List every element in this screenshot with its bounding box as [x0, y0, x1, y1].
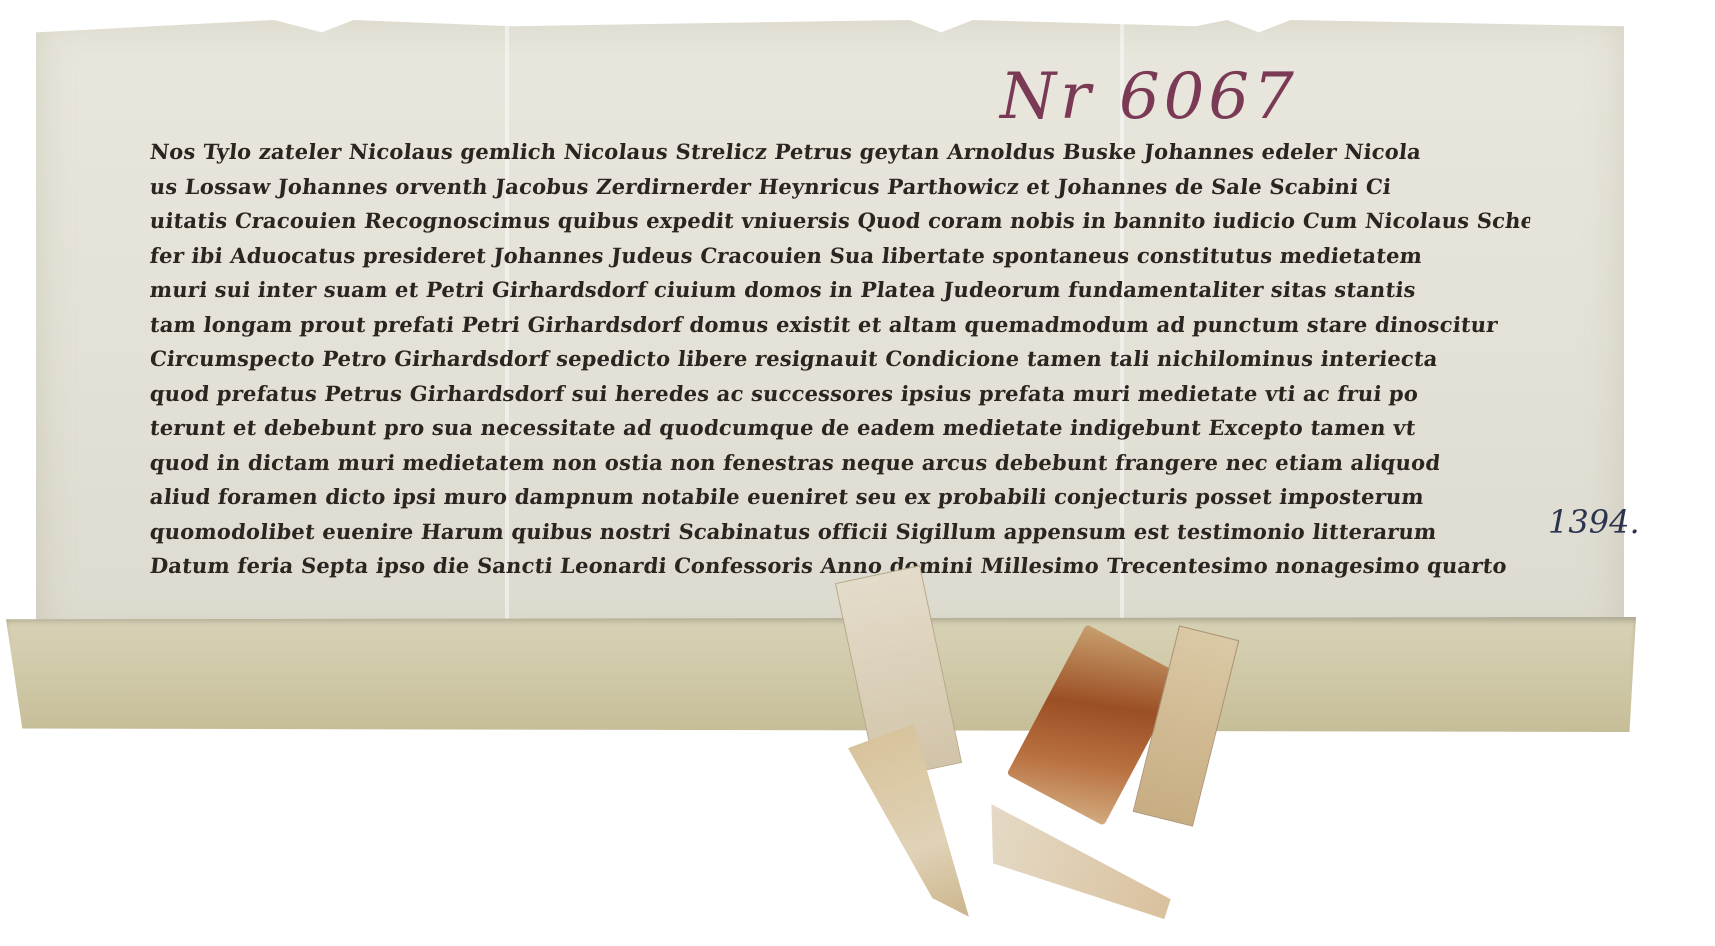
text-line: Datum feria Septa ipso die Sancti Leonar… — [148, 549, 1532, 584]
text-line: uitatis Cracouien Recognoscimus quibus e… — [148, 204, 1532, 239]
text-line: tam longam prout prefati Petri Girhardsd… — [148, 308, 1532, 343]
text-line: fer ibi Aduocatus presideret Johannes Ju… — [148, 239, 1532, 274]
text-line: Circumspecto Petro Girhardsdorf sepedict… — [148, 342, 1532, 377]
plica-fold — [6, 617, 1636, 732]
margin-date-note: 1394. — [1548, 503, 1640, 541]
text-line: muri sui inter suam et Petri Girhardsdor… — [148, 273, 1532, 308]
text-line: us Lossaw Johannes orventh Jacobus Zerdi… — [148, 170, 1532, 205]
seal-tag-lower — [848, 724, 982, 936]
text-line: terunt et debebunt pro sua necessitate a… — [148, 411, 1532, 446]
text-line: aliud foramen dicto ipsi muro dampnum no… — [148, 480, 1532, 515]
archive-number: Nr 6067 — [1000, 60, 1298, 134]
charter-text: Nos Tylo zateler Nicolaus gemlich Nicola… — [150, 135, 1530, 584]
text-line: quod prefatus Petrus Girhardsdorf sui he… — [148, 377, 1532, 412]
text-line: Nos Tylo zateler Nicolaus gemlich Nicola… — [148, 135, 1532, 170]
text-line: quod in dictam muri medietatem non ostia… — [148, 446, 1532, 481]
text-line: quomodolibet euenire Harum quibus nostri… — [148, 515, 1532, 550]
